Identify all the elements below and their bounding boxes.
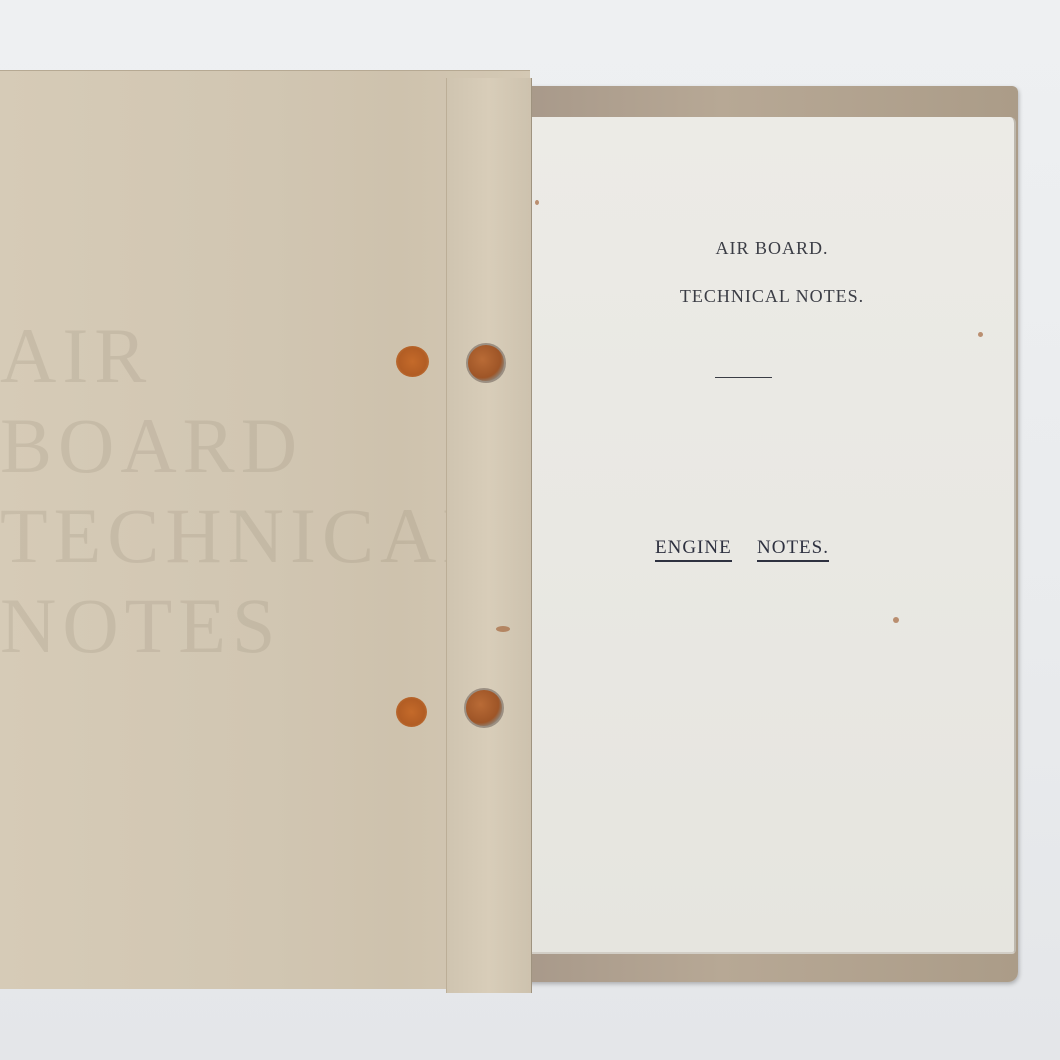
subtitle-engine: ENGINE (655, 537, 732, 559)
stain (535, 200, 539, 205)
rust-stain-upper (396, 346, 429, 377)
cover-fold-strip (446, 78, 532, 993)
staple-rivet-lower (464, 688, 504, 728)
rust-stain-lower (396, 697, 427, 727)
title-technical-notes: TECHNICAL NOTES. (530, 286, 1014, 307)
stain (496, 626, 510, 632)
stain (978, 332, 983, 337)
divider-rule (715, 377, 772, 378)
faded-cover-text: AIR BOARD TECHNICAL NOTES (0, 311, 440, 731)
staple-rivet-upper (466, 343, 506, 383)
title-air-board: AIR BOARD. (530, 238, 1014, 259)
subtitle-notes: NOTES. (757, 537, 829, 559)
stain (893, 617, 899, 623)
